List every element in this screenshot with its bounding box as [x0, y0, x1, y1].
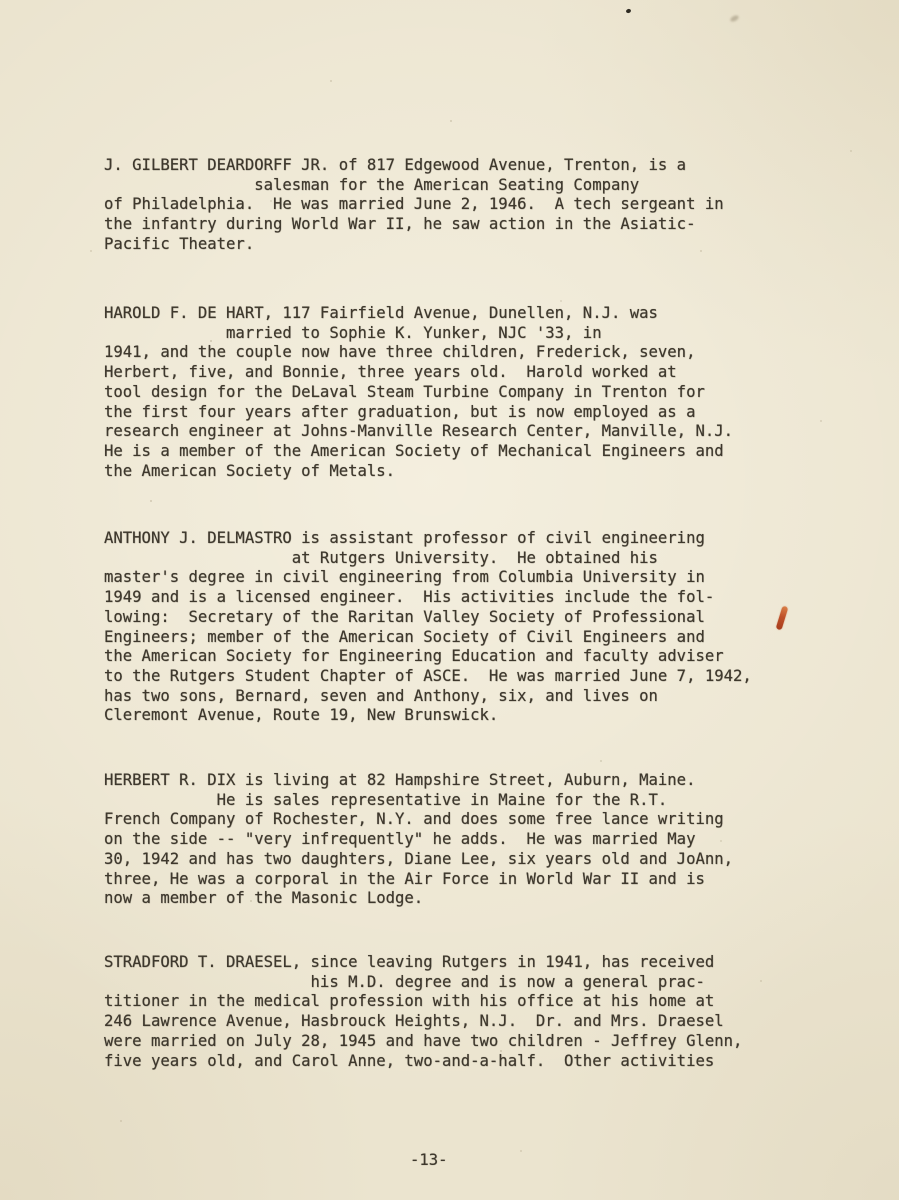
orange-fiber-mark — [776, 606, 789, 631]
paragraph-delmastro: ANTHONY J. DELMASTRO is assistant profes… — [104, 529, 752, 726]
page-number: -13- — [410, 1151, 448, 1171]
paragraph-dehart: HAROLD F. DE HART, 117 Fairfield Avenue,… — [104, 304, 733, 481]
paragraph-draesel: STRADFORD T. DRAESEL, since leaving Rutg… — [104, 953, 742, 1071]
document-page: J. GILBERT DEARDORFF JR. of 817 Edgewood… — [0, 0, 899, 1200]
smudge-mark — [729, 14, 739, 23]
paragraph-deardorff: J. GILBERT DEARDORFF JR. of 817 Edgewood… — [104, 156, 724, 255]
ink-speck-dot — [625, 8, 631, 13]
paragraph-dix: HERBERT R. DIX is living at 82 Hampshire… — [104, 771, 733, 909]
